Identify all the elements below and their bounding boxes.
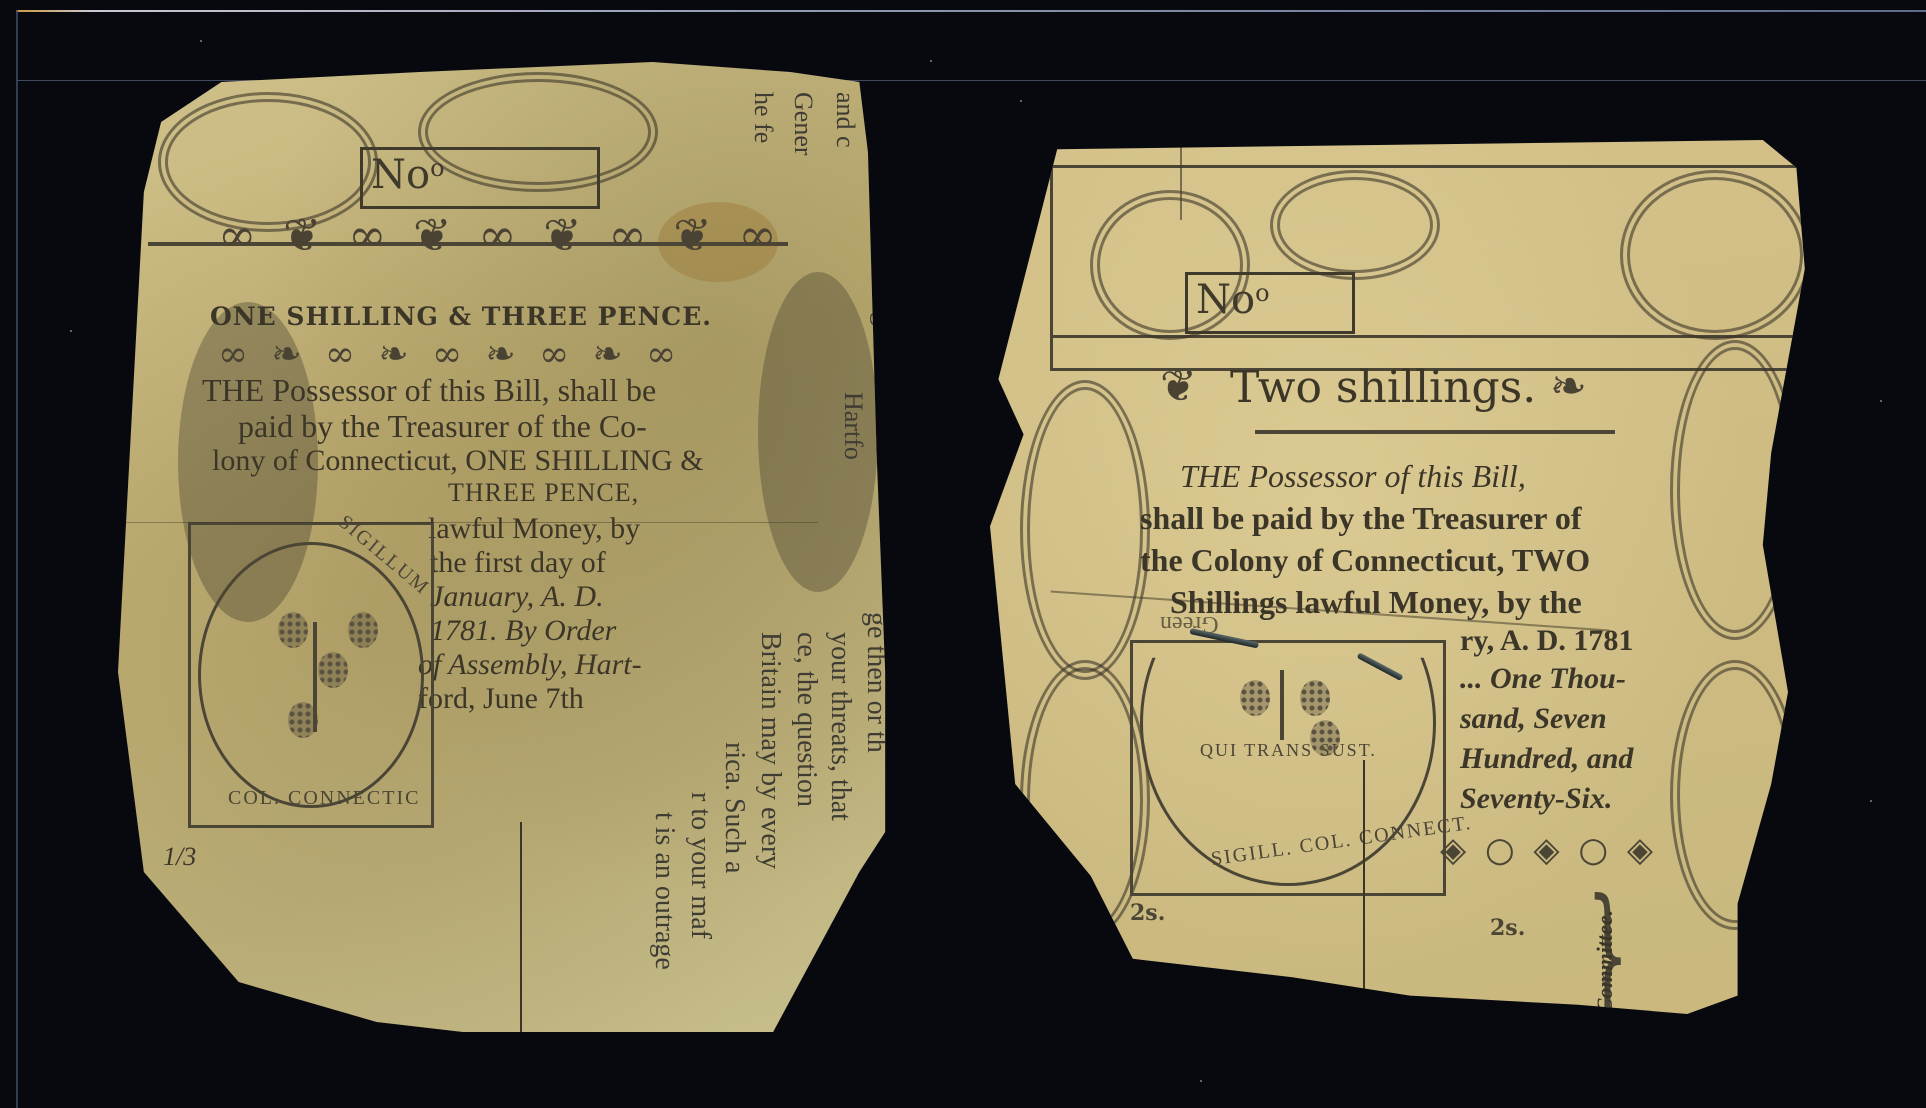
denomination-heading: ONE SHILLING & THREE PENCE.: [210, 302, 712, 331]
body-line-9: of Assembly, Hart-: [418, 648, 642, 682]
serial-number-box: Noo: [360, 147, 600, 209]
denomination-heading: Two shillings.: [1230, 362, 1536, 413]
left-heading-flourish: ❦: [1160, 365, 1203, 409]
holder-sleeve-top-edge: [16, 10, 1926, 12]
grapevine-icon: [318, 652, 348, 688]
vine-stake: [1280, 670, 1284, 740]
vertical-tear-line: [520, 822, 522, 1042]
body-line-9: Seventy-Six.: [1460, 782, 1612, 816]
top-right-acanthus-ornament: [1620, 170, 1810, 340]
grapevine-icon: [1240, 680, 1270, 716]
newsprint-column: ge then or th: [860, 612, 892, 753]
body-line-6: the first day of: [430, 546, 606, 580]
body-line-2: shall be paid by the Treasurer of: [1140, 500, 1582, 537]
colony-seal-ring: [198, 542, 424, 808]
newsprint-column: he fe: [748, 92, 778, 143]
dust-speck: [1200, 1080, 1202, 1082]
newsprint-column: Britain may by every: [754, 632, 786, 869]
body-line-3: the Colony of Connecticut, TWO: [1140, 542, 1590, 579]
body-line-6: ... One Thou-: [1460, 662, 1626, 696]
body-line-10: ford, June 7th: [418, 682, 584, 716]
newsprint-column: as inflicted the ravages: [868, 92, 900, 349]
seal-inscription-bottom: COL. CONNECTIC: [228, 787, 420, 810]
newsprint-column: your threats, that: [824, 632, 856, 821]
vertical-edge-text: Shill.: [995, 200, 1022, 253]
newsprint-column: and c: [830, 92, 860, 148]
newsprint-column: rica. Such a: [718, 742, 750, 873]
body-line-7: January, A. D.: [430, 580, 604, 614]
banknote-one-shilling-three-pence: Noo ∞ ❦ ∞ ❦ ∞ ❦ ∞ ❦ ∞ ONE SHILLING & THR…: [118, 52, 980, 1052]
scroll-ornament-row-top: ∞ ❦ ∞ ❦ ∞ ❦ ∞ ❦ ∞: [218, 212, 783, 258]
right-scroll-ornament: [1670, 340, 1800, 640]
newsprint-column: r to your maf: [684, 792, 716, 939]
body-line-2: paid by the Treasurer of the Co-: [238, 408, 647, 445]
grapevine-icon: [1310, 720, 1340, 756]
banknote-two-shillings: Noo Shill. ❦ Two shillings. ❧ THE Posses…: [990, 140, 1830, 1060]
number-label: No: [371, 152, 430, 198]
body-line-7: sand, Seven: [1460, 702, 1607, 736]
denomination-mark-right: 2s.: [1490, 915, 1525, 941]
newsprint-column: t is an outrage: [648, 812, 680, 970]
newsprint-column: Gener: [788, 92, 818, 156]
number-label: No: [1196, 277, 1255, 323]
diamond-chain-ornament: ◈ ○ ◈ ○ ◈: [1440, 830, 1657, 870]
body-line-4: THREE PENCE,: [448, 478, 639, 508]
vertical-tear-line: [1363, 760, 1365, 1020]
serial-number-box: Noo: [1185, 272, 1355, 334]
committee-signature-label: Committee.: [1592, 910, 1618, 1013]
left-scroll-ornament: [1020, 380, 1150, 680]
body-line-3: lony of Connecticut, ONE SHILLING &: [212, 444, 704, 478]
horizontal-fold-line: [118, 522, 818, 523]
top-center-acanthus-ornament: [1270, 170, 1440, 280]
top-tear-line: [1180, 140, 1182, 220]
dust-speck: [200, 40, 202, 42]
scroll-ornament-row-bottom: ∞ ❧ ∞ ❧ ∞ ❧ ∞ ❧ ∞: [218, 337, 682, 373]
body-line-5: lawful Money, by: [428, 512, 640, 546]
dust-speck: [1870, 800, 1872, 802]
body-line-8: 1781. By Order: [430, 614, 616, 648]
newsprint-column: ce, the question: [790, 632, 822, 807]
body-line-8: Hundred, and: [1460, 742, 1633, 776]
denomination-mark-left: 2s.: [1130, 900, 1165, 926]
dust-speck: [930, 60, 932, 62]
corner-denomination: 1/3: [163, 842, 196, 872]
right-heading-flourish: ❧: [1550, 365, 1593, 409]
dust-speck: [1020, 100, 1022, 102]
right-lower-scroll-ornament: [1670, 660, 1800, 930]
body-line-1: THE Possessor of this Bill,: [1180, 458, 1526, 495]
dust-speck: [70, 330, 72, 332]
grapevine-icon: [348, 612, 378, 648]
newsprint-column: Hartfo: [838, 392, 868, 460]
holder-sleeve-left-edge: [16, 10, 18, 1108]
heading-underline: [1255, 430, 1615, 434]
grapevine-icon: [278, 612, 308, 648]
vine-stake: [313, 622, 317, 732]
dust-speck: [1880, 400, 1882, 402]
body-line-1: THE Possessor of this Bill, shall be: [202, 372, 656, 409]
seal-motto-banner: QUI TRANS SUST.: [1200, 740, 1377, 761]
grapevine-icon: [1300, 680, 1330, 716]
